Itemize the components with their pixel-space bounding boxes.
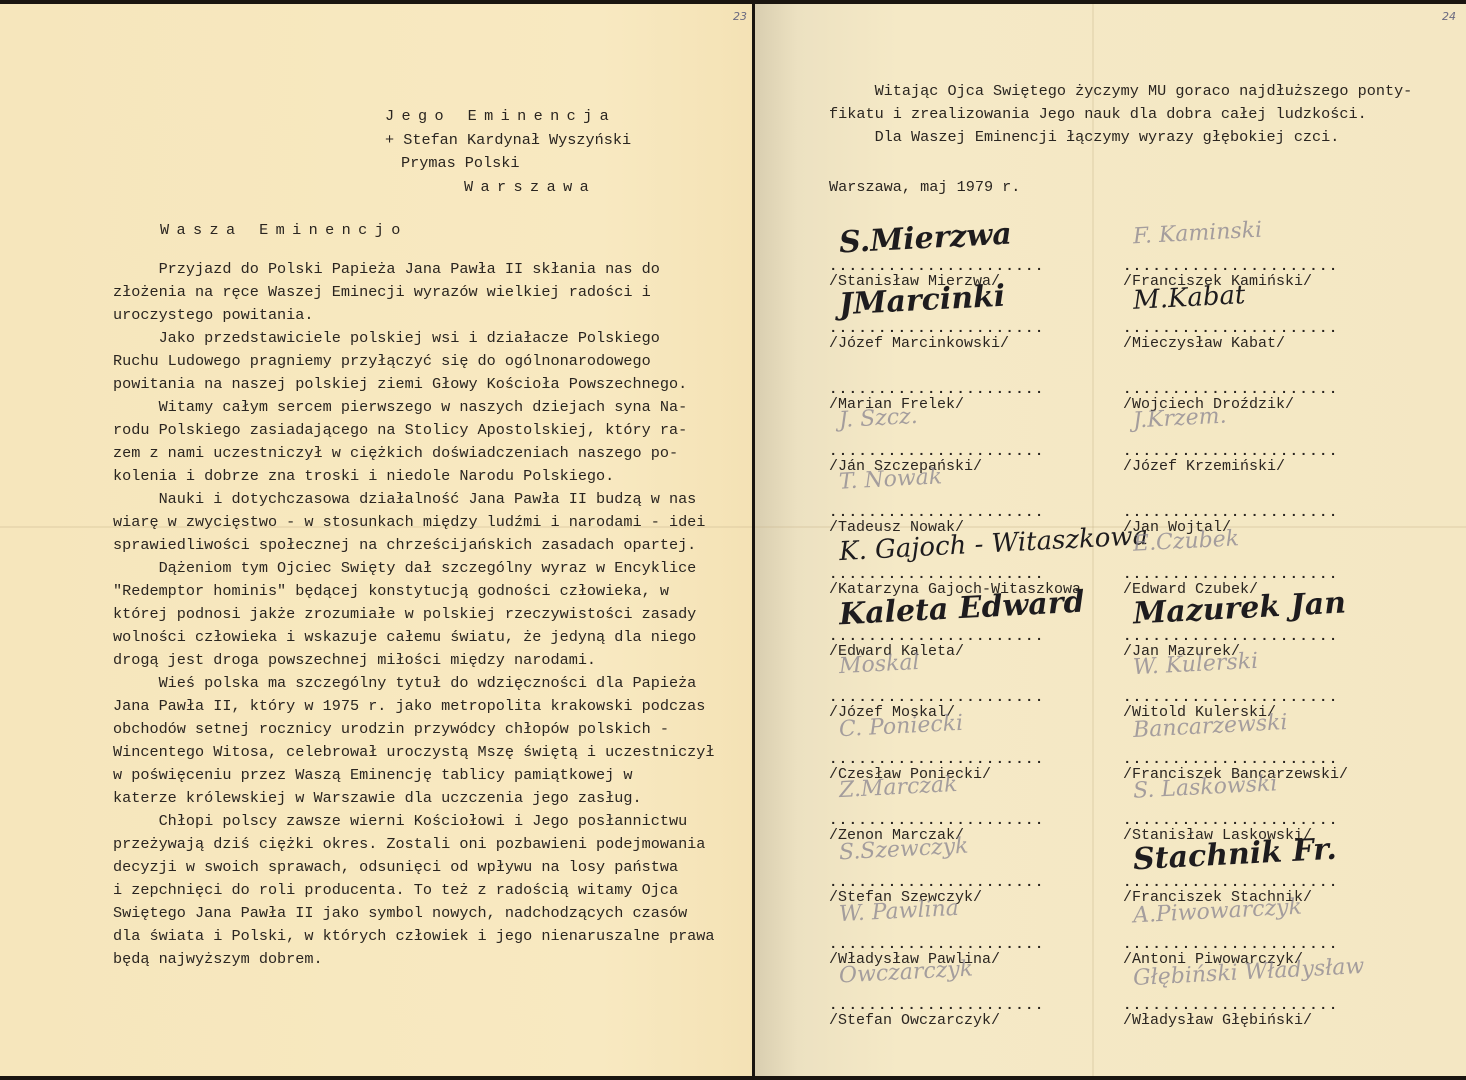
text-line: wolności człowieka i wskazuje całemu świ… — [113, 626, 715, 649]
signatory-block: ....................../Wojciech Droździk… — [1123, 382, 1423, 442]
signatory-name: /Jan Wojtal/ — [1123, 519, 1231, 536]
address-line-1: Jego Eminencja — [385, 105, 616, 128]
signatory-block: ....................../Antoni Piwowarczy… — [1123, 937, 1423, 997]
signatory-block: ....................../Franciszek Bancar… — [1123, 752, 1423, 812]
text-line: której podnosi jakże zrozumiałe w polski… — [113, 603, 715, 626]
address-line-3: Prymas Polski — [401, 152, 519, 175]
signatory-name: /Władysław Głębiński/ — [1123, 1012, 1312, 1029]
signatory-block: ....................../Franciszek Kamińs… — [1123, 259, 1423, 319]
signatory-block: ....................../Ján Szczepański/J… — [829, 444, 1129, 504]
signatory-name: /Czesław Poniecki/ — [829, 766, 991, 783]
text-line: uroczystego powitania. — [113, 304, 715, 327]
text-line: katerze królewskiej w Warszawie dla uczc… — [113, 787, 715, 810]
signatory-name: /Stefan Owczarczyk/ — [829, 1012, 1000, 1029]
signatory-block: ....................../Zenon Marczak/Z.M… — [829, 813, 1129, 873]
signatory-block: ....................../Józef Marcinkowsk… — [829, 321, 1129, 381]
signatory-name: /Jan Mazurek/ — [1123, 643, 1240, 660]
signatory-name: /Stanisław Mierzwa/ — [829, 273, 1000, 290]
text-line: powitania na naszej polskiej ziemi Głowy… — [113, 373, 715, 396]
text-line: i zepchnięci do roli producenta. To też … — [113, 879, 715, 902]
address-line-4: Warszawa — [464, 176, 596, 199]
text-line: będą najwyższym dobrem. — [113, 948, 715, 971]
text-line: drogą jest droga powszechnej miłości mię… — [113, 649, 715, 672]
text-line: przeżywają dziś ciężki okres. Zostali on… — [113, 833, 715, 856]
signatory-name: /Katarzyna Gajoch-Witaszkowa — [829, 581, 1081, 598]
page-number: 24 — [1442, 10, 1456, 23]
signatory-name: /Józef Moskal/ — [829, 704, 955, 721]
signatory-name: /Józef Krzemiński/ — [1123, 458, 1285, 475]
signatory-name: /Antoni Piwowarczyk/ — [1123, 951, 1303, 968]
signatory-name: /Józef Marcinkowski/ — [829, 335, 1009, 352]
handwritten-signature: F. Kaminski — [1132, 218, 1262, 250]
signatory-name: /Edward Kaleta/ — [829, 643, 964, 660]
signatory-name: /Franciszek Kamiński/ — [1123, 273, 1312, 290]
signatory-name: /Franciszek Bancarzewski/ — [1123, 766, 1348, 783]
text-line: Przyjazd do Polski Papieża Jana Pawła II… — [113, 258, 715, 281]
signatory-name: /Zenon Marczak/ — [829, 827, 964, 844]
signatory-block: ....................../Stefan Szewczyk/S… — [829, 875, 1129, 935]
text-line: Witając Ojca Swiętego życzymy MU goraco … — [829, 80, 1412, 103]
signatory-name: /Wojciech Droździk/ — [1123, 396, 1294, 413]
signatory-name: /Marian Frelek/ — [829, 396, 964, 413]
signatory-block: ....................../Tadeusz Nowak/T. … — [829, 505, 1129, 565]
signatory-block: ....................../Józef Moskal/Mosk… — [829, 690, 1129, 750]
text-line: kolenia i dobrze zna troski i niedole Na… — [113, 465, 715, 488]
signatory-name: /Witold Kulerski/ — [1123, 704, 1276, 721]
text-line: Swiętego Jana Pawła II jako symbol nowyc… — [113, 902, 715, 925]
text-line: Ruchu Ludowego pragniemy przyłączyć się … — [113, 350, 715, 373]
text-line: zem z nami uczestniczył w ciężkich doświ… — [113, 442, 715, 465]
signatory-block: ....................../Katarzyna Gajoch-… — [829, 567, 1129, 627]
text-line: dla świata i Polski, w których człowiek … — [113, 925, 715, 948]
text-line: sprawiedliwości społecznej na chrześcija… — [113, 534, 715, 557]
text-line: "Redemptor hominis" będącej konstytucją … — [113, 580, 715, 603]
salutation: Wasza Eminencjo — [160, 219, 408, 242]
signatory-block: ....................../Edward Kaleta/Kal… — [829, 629, 1129, 689]
signatory-name: /Stefan Szewczyk/ — [829, 889, 982, 906]
text-line: Wincentego Witosa, celebrował uroczystą … — [113, 741, 715, 764]
signatory-block: ....................../Czesław Poniecki/… — [829, 752, 1129, 812]
text-line: w poświęceniu przez Waszą Eminencję tabl… — [113, 764, 715, 787]
text-line: Witamy całym sercem pierwszego w naszych… — [113, 396, 715, 419]
signatory-block: ....................../Stefan Owczarczyk… — [829, 998, 1129, 1058]
signatory-name: /Władysław Pawlina/ — [829, 951, 1000, 968]
page-number: 23 — [733, 10, 747, 23]
left-page: 23 Jego Eminencja + Stefan Kardynał Wysz… — [0, 4, 752, 1076]
signatory-block: ....................../Stanisław Mierzwa… — [829, 259, 1129, 319]
letter-body: Przyjazd do Polski Papieża Jana Pawła II… — [113, 258, 715, 971]
text-line: złożenia na ręce Waszej Eminecji wyrazów… — [113, 281, 715, 304]
signatory-block: ....................../Władysław Głębińs… — [1123, 998, 1423, 1058]
signatory-name: /Mieczysław Kabat/ — [1123, 335, 1285, 352]
signatory-name: /Stanisław Laskowski/ — [1123, 827, 1312, 844]
signatory-name: /Franciszek Stachnik/ — [1123, 889, 1312, 906]
right-page: 24 Witając Ojca Swiętego życzymy MU gora… — [755, 4, 1466, 1076]
text-line: wiarę w zwycięstwo - w stosunkach między… — [113, 511, 715, 534]
signatory-block: ....................../Marian Frelek/ — [829, 382, 1129, 442]
text-line: Nauki i dotychczasowa działalność Jana P… — [113, 488, 715, 511]
text-line: fikatu i zrealizowania Jego nauk dla dob… — [829, 103, 1412, 126]
signatory-block: ....................../Mieczysław Kabat/… — [1123, 321, 1423, 381]
signatory-name: /Ján Szczepański/ — [829, 458, 982, 475]
address-line-2: + Stefan Kardynał Wyszyński — [385, 129, 631, 152]
text-line: Chłopi polscy zawsze wierni Kościołowi i… — [113, 810, 715, 833]
signatory-block: ....................../Edward Czubek/E.C… — [1123, 567, 1423, 627]
text-line: Jako przedstawiciele polskiej wsi i dzia… — [113, 327, 715, 350]
text-line: Dążeniom tym Ojciec Swięty dał szczególn… — [113, 557, 715, 580]
signatory-block: ....................../Jan Mazurek/Mazur… — [1123, 629, 1423, 689]
place-date: Warszawa, maj 1979 r. — [829, 176, 1020, 199]
text-line: decyzji w swoich sprawach, odsunięci od … — [113, 856, 715, 879]
signatory-name: /Edward Czubek/ — [1123, 581, 1258, 598]
signatory-block: ....................../Franciszek Stachn… — [1123, 875, 1423, 935]
signatory-name: /Tadeusz Nowak/ — [829, 519, 964, 536]
text-line: Wieś polska ma szczególny tytuł do wdzię… — [113, 672, 715, 695]
closing-text: Witając Ojca Swiętego życzymy MU goraco … — [829, 80, 1412, 149]
text-line: obchodów setnej rocznicy urodzin przywód… — [113, 718, 715, 741]
text-line: Dla Waszej Eminencji łączymy wyrazy głęb… — [829, 126, 1412, 149]
signatory-block: ....................../Józef Krzemiński/… — [1123, 444, 1423, 504]
text-line: Jana Pawła II, który w 1975 r. jako metr… — [113, 695, 715, 718]
handwritten-signature: S.Mierzwa — [838, 217, 1012, 261]
signatory-block: ....................../Witold Kulerski/W… — [1123, 690, 1423, 750]
signatory-block: ....................../Jan Wojtal/ — [1123, 505, 1423, 565]
signatory-block: ....................../Władysław Pawlina… — [829, 937, 1129, 997]
text-line: rodu Polskiego zasiadającego na Stolicy … — [113, 419, 715, 442]
signatory-block: ....................../Stanisław Laskows… — [1123, 813, 1423, 873]
